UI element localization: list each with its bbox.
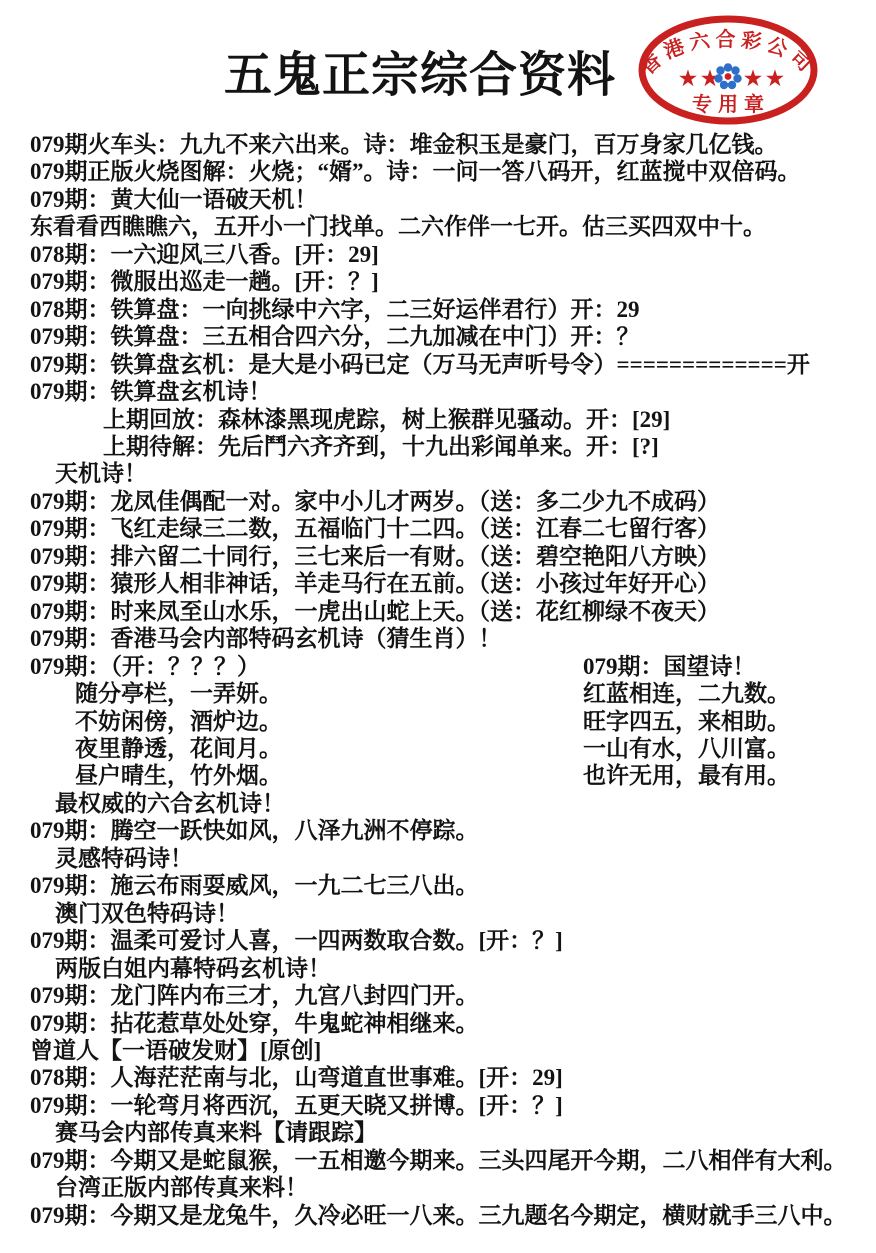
right-poem-column: 079期：国望诗！ 红蓝相连，二九数。 旺字四五，来相助。 一山有水，八川富。 … (583, 653, 876, 790)
stamp-bottom-text: 专用章 (692, 92, 770, 116)
text-line: 旺字四五，来相助。 (583, 708, 876, 735)
text-line: 天机诗！ (55, 460, 876, 487)
text-line: 079期：国望诗！ (583, 653, 876, 680)
text-line: 不妨闲傍，酒炉边。 (75, 708, 583, 735)
text-line: 两版白姐内幕特码玄机诗！ (55, 955, 876, 982)
text-line: 079期：拈花惹草处处穿，牛鬼蛇神相继来。 (30, 1010, 876, 1037)
text-line: 079期：龙门阵内布三才，九宫八封四门开。 (30, 982, 876, 1009)
text-line: 上期待解：先后鬥六齐齐到，十九出彩闻单来。开：[?] (103, 433, 876, 460)
text-line: 昼户晴生，竹外烟。 (75, 762, 583, 789)
text-line: 078期：人海茫茫南与北，山弯道直世事难。[开：29] (30, 1064, 876, 1091)
text-line: 078期：铁算盘：一向挑绿中六字，二三好运伴君行）开：29 (30, 296, 876, 323)
text-line: 079期正版火烧图解：火烧；“婿”。诗：一问一答八码开，红蓝搅中双倍码。 (30, 158, 876, 185)
text-line: 079期：（开：？？？） (30, 653, 583, 680)
text-line: 079期火车头：九九不来六出来。诗：堆金积玉是豪门，百万身家几亿钱。 (30, 131, 876, 158)
text-line: 台湾正版内部传真来料！ (55, 1174, 876, 1201)
text-line: 079期：温柔可爱讨人喜，一四两数取合数。[开：？] (30, 927, 876, 954)
text-line: 一山有水，八川富。 (583, 735, 876, 762)
text-line: 红蓝相连，二九数。 (583, 680, 876, 707)
star-icon: ★ (744, 68, 762, 90)
content: 079期火车头：九九不来六出来。诗：堆金积玉是豪门，百万身家几亿钱。 079期正… (30, 131, 876, 1229)
company-stamp: 香港六合彩公司 ★ ★ ★ ★ 专用章 (636, 14, 820, 126)
text-line: 随分亭栏，一弄妍。 (75, 680, 583, 707)
text-line: 079期：铁算盘玄机诗！ (30, 378, 876, 405)
text-line: 079期：时来凤至山水乐，一虎出山蛇上天。（送：花红柳绿不夜天） (30, 598, 876, 625)
star-icon: ★ (766, 68, 784, 90)
text-line: 079期：猿形人相非神话，羊走马行在五前。（送：小孩过年好开心） (30, 570, 876, 597)
text-line: 078期：一六迎风三八香。[开：29] (30, 241, 876, 268)
text-line: 东看看西瞧瞧六，五开小一门找单。二六作伴一七开。估三买四双中十。 (30, 213, 876, 240)
text-line: 澳门双色特码诗！ (55, 900, 876, 927)
text-line: 夜里静透，花间月。 (75, 735, 583, 762)
text-line: 曾道人【一语破发财】[原创] (30, 1037, 876, 1064)
text-line: 079期：腾空一跃快如风，八泽九洲不停踪。 (30, 817, 876, 844)
text-line: 079期：一轮弯月将西沉，五更天晓又拼博。[开：？] (30, 1092, 876, 1119)
text-line: 079期：铁算盘玄机：是大是小码已定（万马无声听号令）=============… (30, 351, 876, 378)
text-line: 079期：今期又是蛇鼠猴，一五相邀今期来。三头四尾开今期，二八相伴有大利。 (30, 1147, 876, 1174)
text-line: 079期：今期又是龙兔牛，久冷必旺一八来。三九题名今期定，横财就手三八中。 (30, 1202, 876, 1229)
text-line: 079期：飞红走绿三二数，五福临门十二四。（送：江春二七留行客） (30, 515, 876, 542)
two-column-block: 079期：（开：？？？） 随分亭栏，一弄妍。 不妨闲傍，酒炉边。 夜里静透，花间… (30, 653, 876, 790)
text-line: 赛马会内部传真来料【请跟踪】 (55, 1119, 876, 1146)
text-line: 上期回放：森林漆黑现虎踪，树上猴群见骚动。开：[29] (103, 406, 876, 433)
text-line: 079期：铁算盘：三五相合四六分，二九加减在中门）开：？ (30, 323, 876, 350)
text-line: 079期：微服出巡走一趟。[开：？] (30, 268, 876, 295)
text-line: 079期：香港马会内部特码玄机诗（猜生肖）！ (30, 625, 876, 652)
left-poem-column: 079期：（开：？？？） 随分亭栏，一弄妍。 不妨闲傍，酒炉边。 夜里静透，花间… (30, 653, 583, 790)
text-line: 079期：施云布雨耍威风，一九二七三八出。 (30, 872, 876, 899)
text-line: 079期：黄大仙一语破天机！ (30, 186, 876, 213)
text-line: 也许无用，最有用。 (583, 762, 876, 789)
text-line: 灵感特码诗！ (55, 845, 876, 872)
text-line: 079期：排六留二十同行，三七来后一有财。（送：碧空艳阳八方映） (30, 543, 876, 570)
text-line: 最权威的六合玄机诗！ (55, 790, 876, 817)
text-line: 079期：龙凤佳偶配一对。家中小儿才两岁。（送：多二少九不成码） (30, 488, 876, 515)
page: 五鬼正宗综合资料 香港六合彩公司 ★ ★ ★ ★ 专用章 079期火车头：九九不… (0, 0, 876, 1253)
star-icon: ★ (679, 68, 697, 90)
